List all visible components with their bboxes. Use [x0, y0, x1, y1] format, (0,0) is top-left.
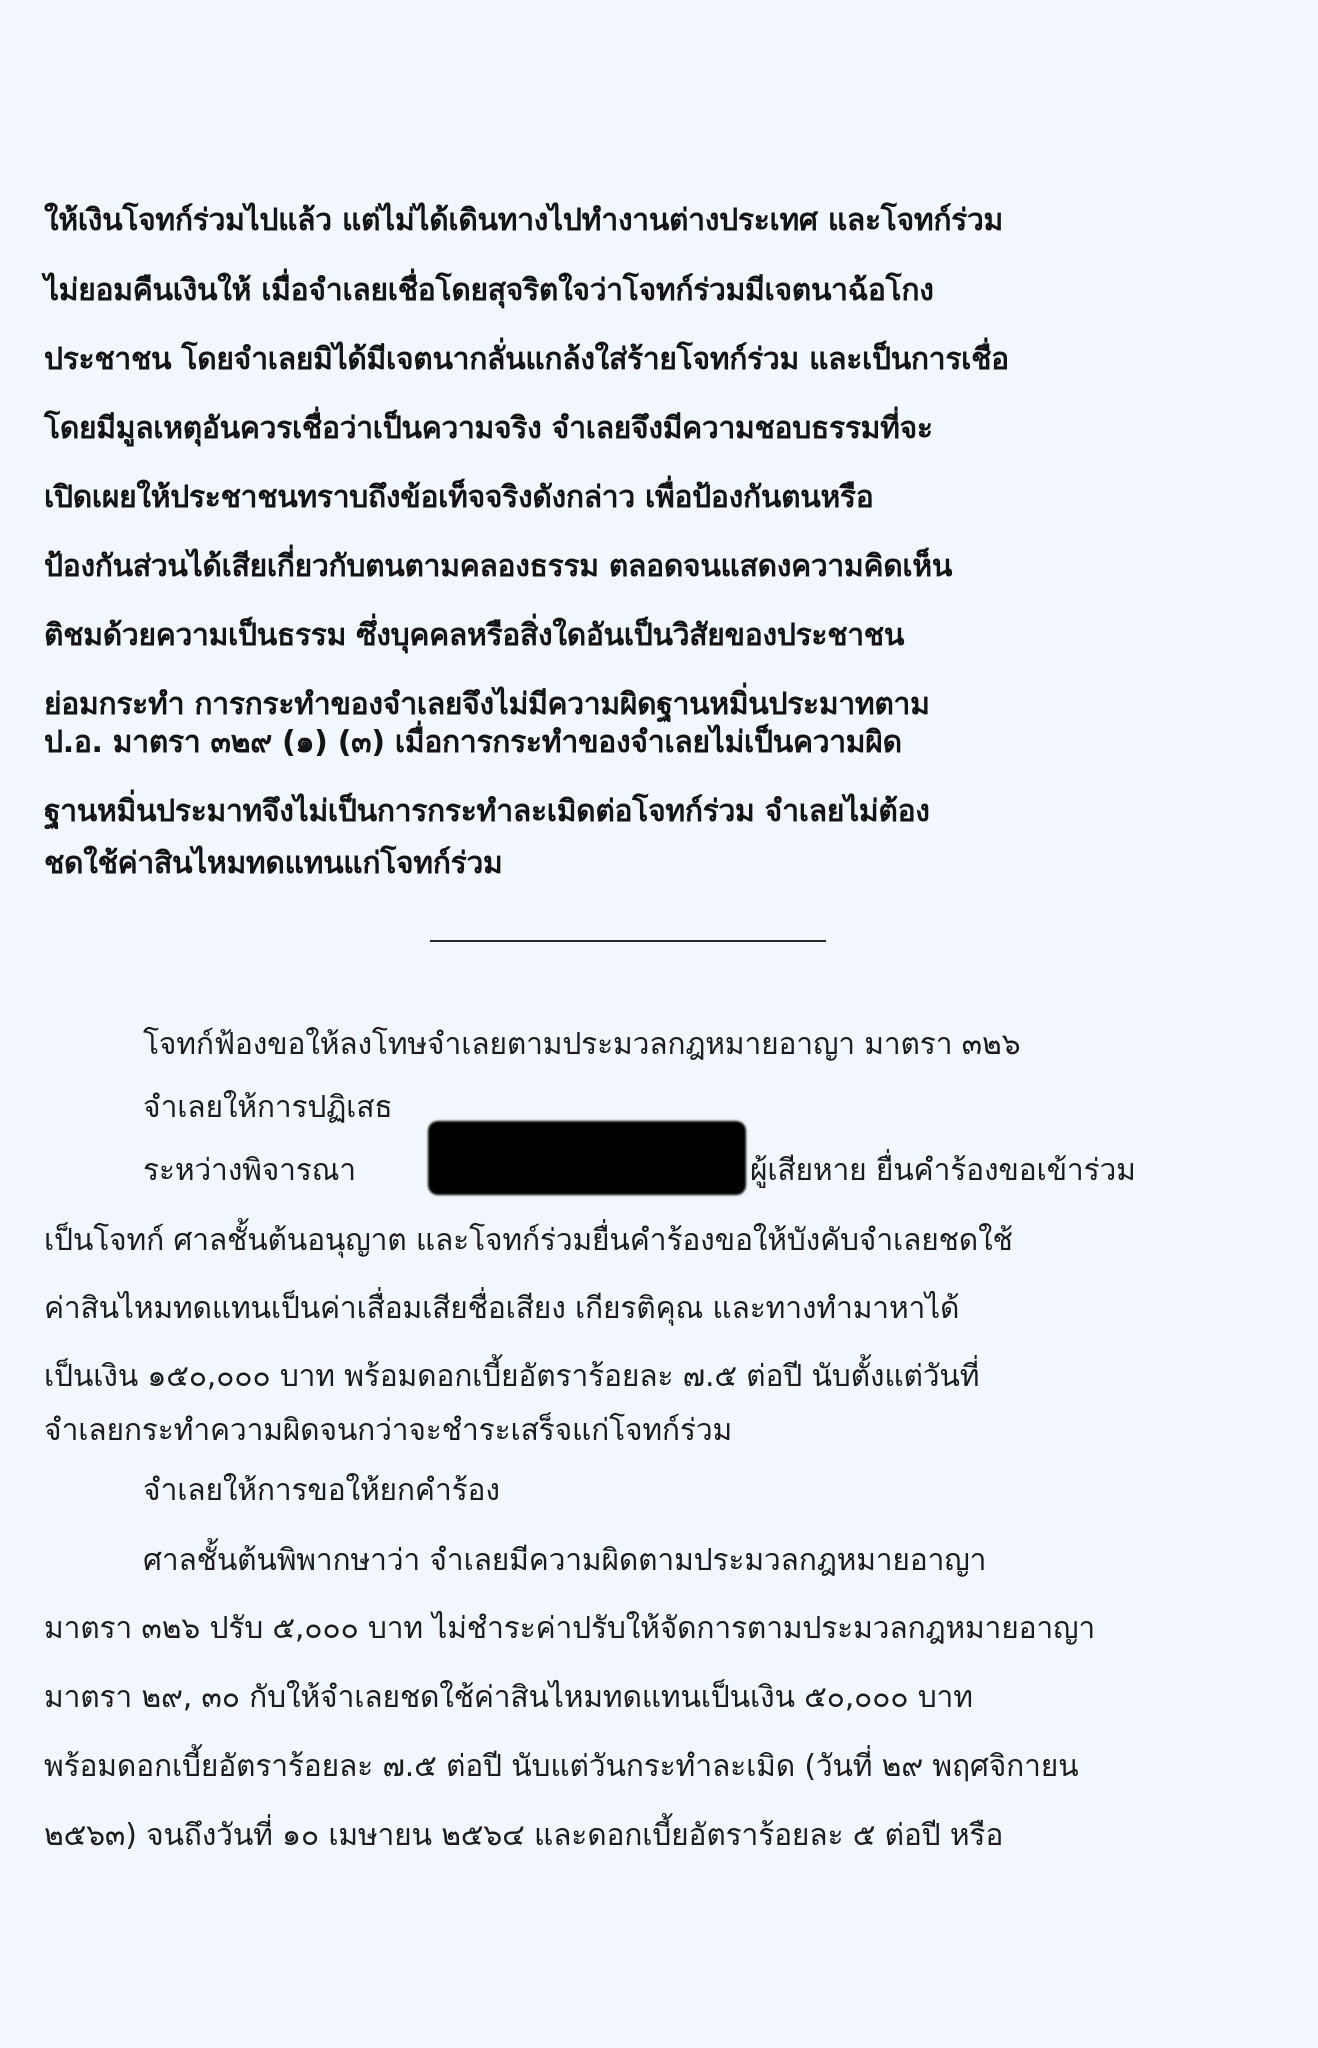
paragraph-line: มาตรา ๒๙, ๓๐ กับให้จำเลยชดใช้ค่าสินไหมทด…	[44, 1683, 1204, 1713]
paragraph-line: ค่าสินไหมทดแทนเป็นค่าเสื่อมเสียชื่อเสียง…	[44, 1294, 1204, 1324]
paragraph-line: ป้องกันส่วนได้เสียเกี่ยวกับตนตามคลองธรรม…	[44, 552, 1204, 582]
paragraph-line: พร้อมดอกเบี้ยอัตราร้อยละ ๗.๕ ต่อปี นับแต…	[44, 1752, 1204, 1782]
paragraph-line: ผู้เสียหาย ยื่นคำร้องขอเข้าร่วม	[750, 1156, 1210, 1186]
paragraph-line: ศาลชั้นต้นพิพากษาว่า จำเลยมีความผิดตามปร…	[143, 1546, 1303, 1576]
paragraph-line: เป็นเงิน ๑๕๐,๐๐๐ บาท พร้อมดอกเบี้ยอัตราร…	[44, 1362, 1204, 1392]
paragraph-line: จำเลยให้การขอให้ยกคำร้อง	[143, 1476, 1303, 1506]
paragraph-line: ชดใช้ค่าสินไหมทดแทนแก่โจทก์ร่วม	[44, 849, 1204, 879]
paragraph-line: ป.อ. มาตรา ๓๒๙ (๑) (๓) เมื่อการกระทำของจ…	[44, 728, 1204, 758]
paragraph-line: เปิดเผยให้ประชาชนทราบถึงข้อเท็จจริงดังกล…	[44, 483, 1204, 513]
paragraph-line: ๒๕๖๓) จนถึงวันที่ ๑๐ เมษายน ๒๕๖๔ และดอกเ…	[44, 1821, 1204, 1851]
document-page: ให้เงินโจทก์ร่วมไปแล้ว แต่ไม่ได้เดินทางไ…	[0, 0, 1318, 2048]
paragraph-line: จำเลยกระทำความผิดจนกว่าจะชำระเสร็จแก่โจท…	[44, 1416, 1204, 1446]
paragraph-line: โจทก์ฟ้องขอให้ลงโทษจำเลยตามประมวลกฎหมายอ…	[143, 1030, 1303, 1060]
redacted-name-block	[428, 1121, 746, 1195]
paragraph-line: โดยมีมูลเหตุอันควรเชื่อว่าเป็นความจริง จ…	[44, 414, 1204, 444]
paragraph-line: ให้เงินโจทก์ร่วมไปแล้ว แต่ไม่ได้เดินทางไ…	[44, 206, 1204, 236]
paragraph-line: ติชมด้วยความเป็นธรรม ซึ่งบุคคลหรือสิ่งใด…	[44, 621, 1204, 651]
paragraph-line: ประชาชน โดยจำเลยมิได้มีเจตนากลั่นแกล้งใส…	[44, 345, 1204, 375]
paragraph-line: ไม่ยอมคืนเงินให้ เมื่อจำเลยเชื่อโดยสุจริ…	[44, 276, 1204, 306]
paragraph-line: เป็นโจทก์ ศาลชั้นต้นอนุญาต และโจทก์ร่วมย…	[44, 1226, 1204, 1256]
section-divider	[430, 940, 826, 942]
paragraph-line: จำเลยให้การปฏิเสธ	[143, 1093, 1303, 1123]
paragraph-line: มาตรา ๓๒๖ ปรับ ๕,๐๐๐ บาท ไม่ชำระค่าปรับใ…	[44, 1614, 1204, 1644]
paragraph-line: ย่อมกระทำ การกระทำของจำเลยจึงไม่มีความผิ…	[44, 690, 1204, 720]
paragraph-line: ฐานหมิ่นประมาทจึงไม่เป็นการกระทำละเมิดต่…	[44, 797, 1204, 827]
